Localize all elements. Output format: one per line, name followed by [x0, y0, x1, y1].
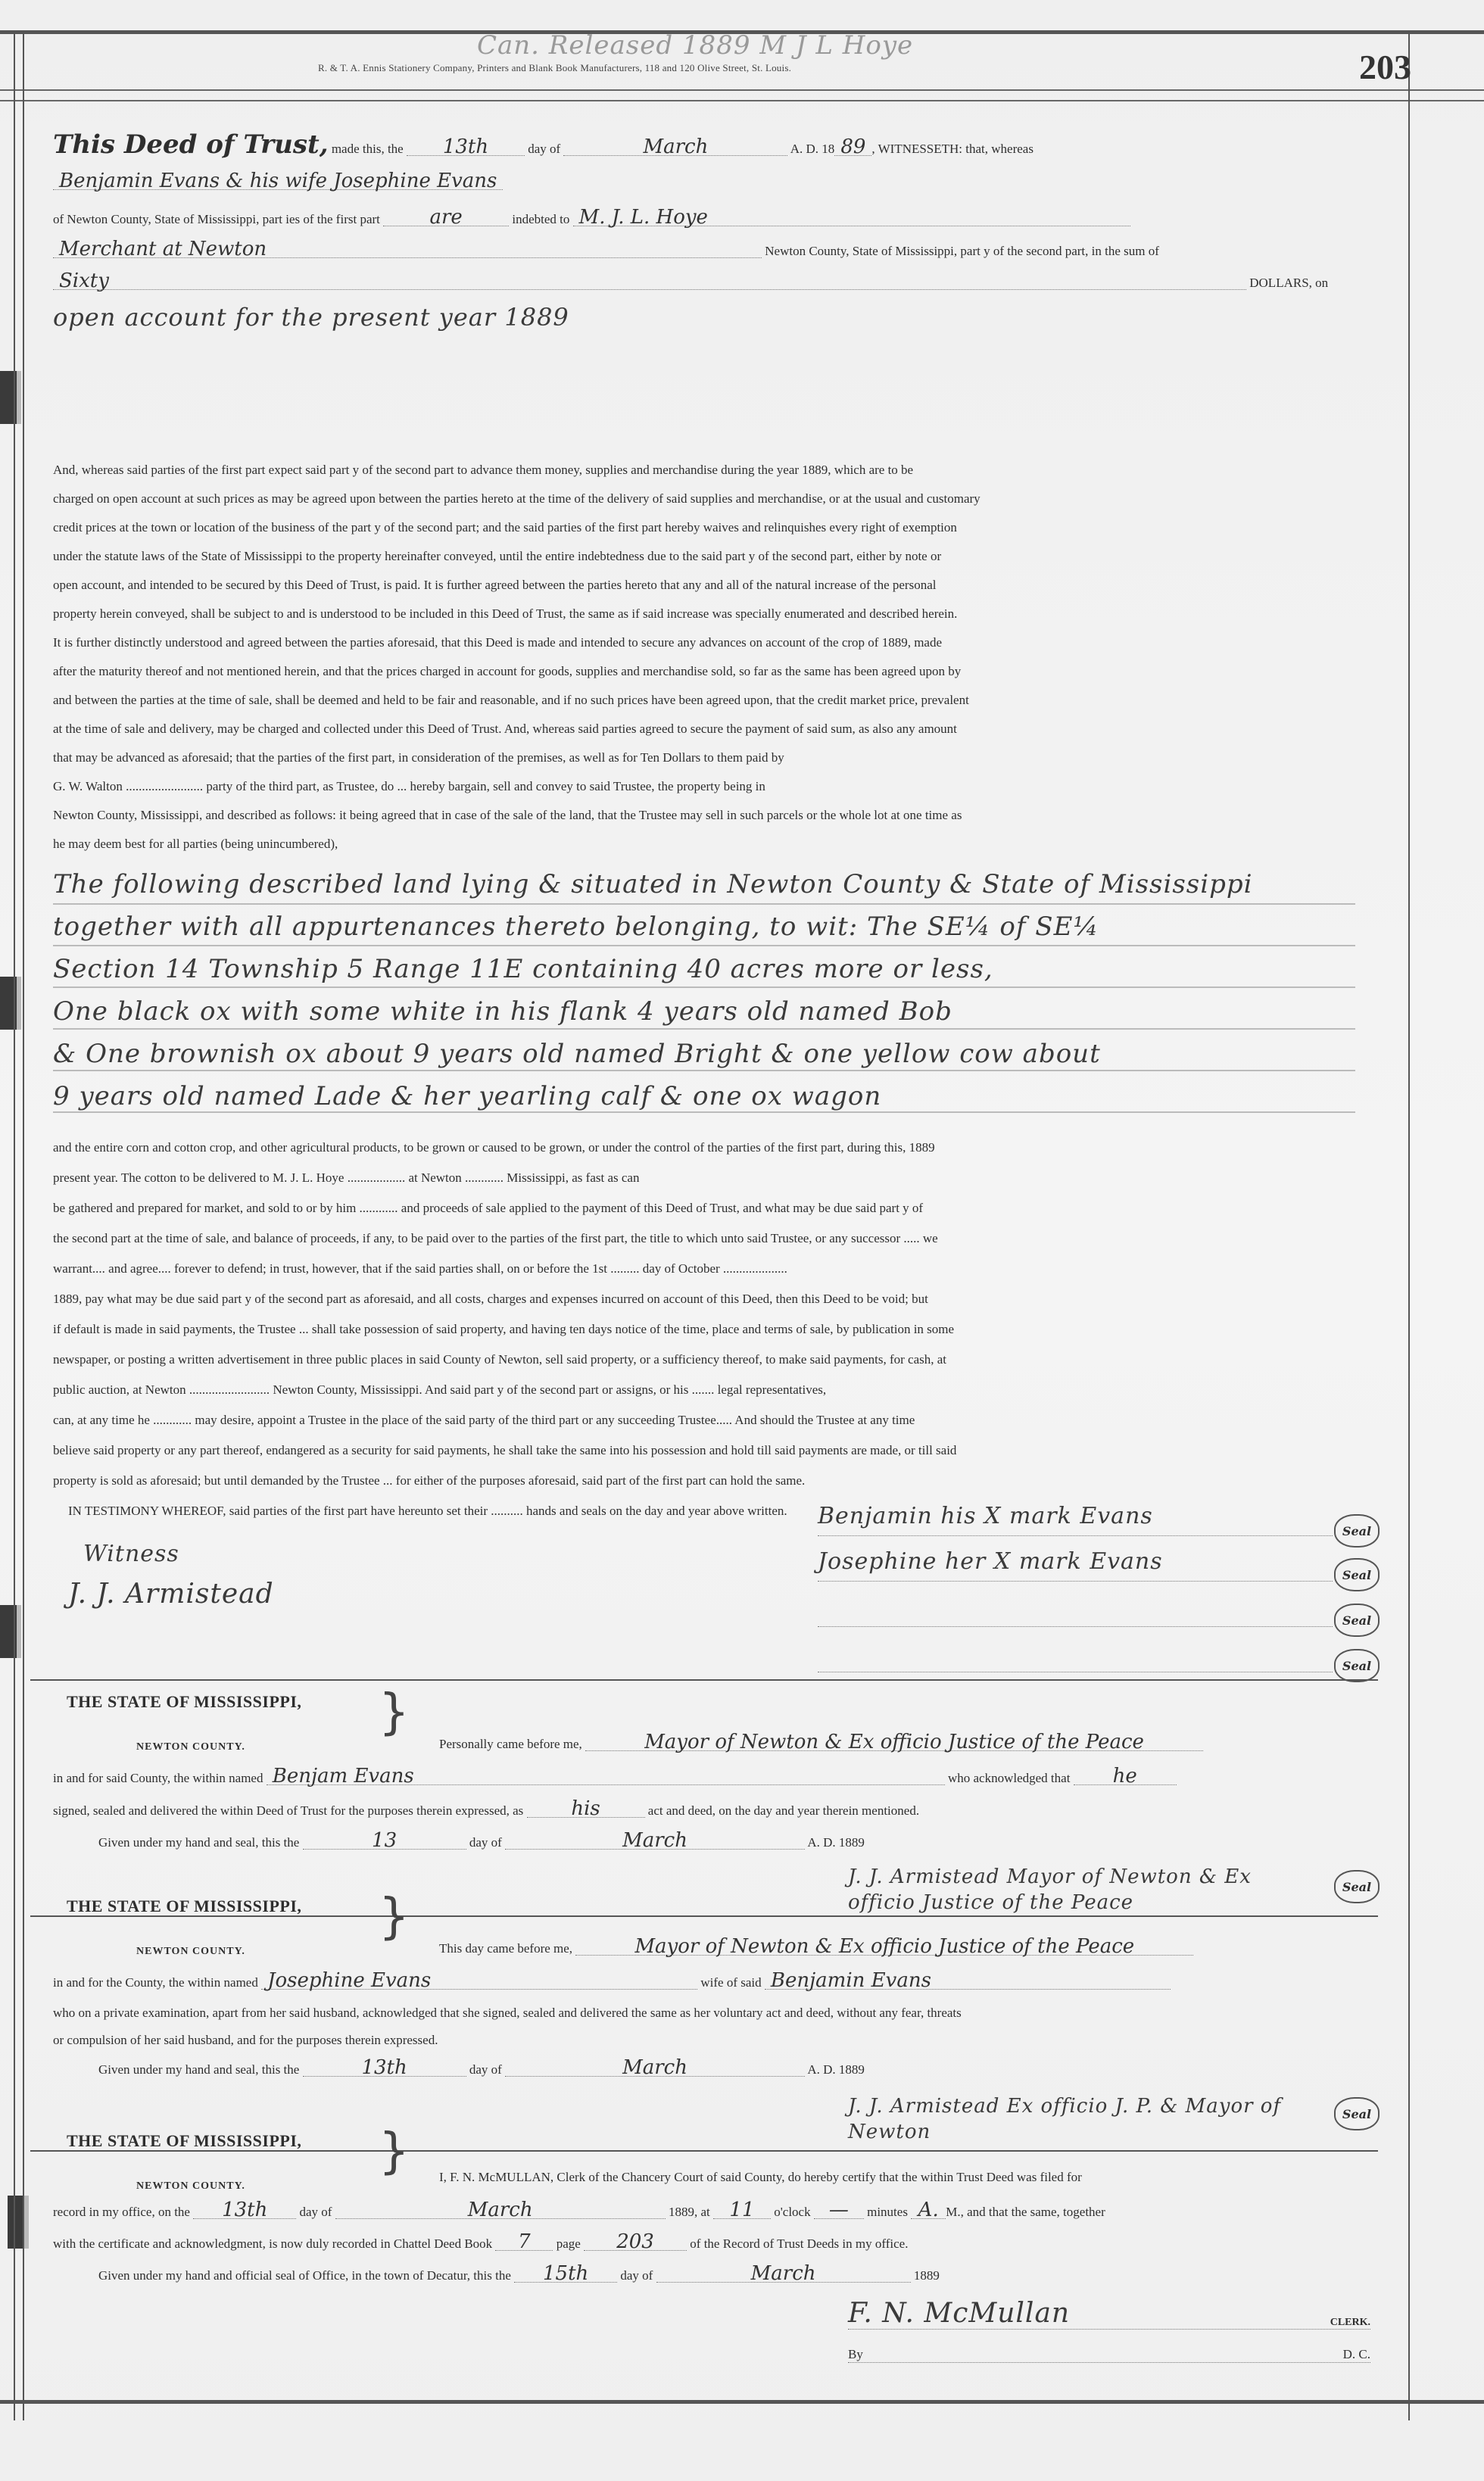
deed-opening-line: This Deed of Trust, made this, the 13th … — [53, 136, 1370, 157]
label: Given under my hand and seal, this the — [98, 1835, 299, 1850]
header-rule — [0, 89, 1484, 91]
ack1-line: in and for said County, the within named… — [53, 1768, 1370, 1787]
clause-line: if default is made in said payments, the… — [53, 1321, 1370, 1338]
boilerplate-line: G. W. Walton ........................ pa… — [53, 778, 1370, 795]
boilerplate-line: open account, and intended to be secured… — [53, 577, 1370, 594]
ack2-signature: J. J. Armistead Ex officio J. P. & Mayor… — [848, 2093, 1317, 2145]
clerk-line: I, F. N. McMULLAN, Clerk of the Chancery… — [439, 2169, 1370, 2186]
property-line: & One brownish ox about 9 years old name… — [53, 1033, 1355, 1075]
section-divider — [30, 1679, 1378, 1681]
signature-line — [818, 1626, 1333, 1627]
boilerplate-line: It is further distinctly understood and … — [53, 634, 1370, 651]
label: A. D. 1889 — [807, 2062, 865, 2077]
label: made this, the — [332, 142, 404, 156]
deed-year: 89 — [834, 139, 871, 156]
clerk-line: record in my office, on the 13th day of … — [53, 2202, 1370, 2221]
property-line: 9 years old named Lade & her yearling ca… — [53, 1075, 1355, 1117]
recorded-day: 15th — [514, 2265, 617, 2283]
label: day of — [620, 2268, 653, 2283]
seal-icon: Seal — [1334, 1870, 1380, 1903]
by-label: By — [848, 2347, 863, 2362]
testimony-line: IN TESTIMONY WHEREOF, said parties of th… — [68, 1503, 1386, 1519]
bottom-border-rule — [0, 2400, 1484, 2404]
left-margin-line — [23, 30, 24, 2420]
boilerplate-line: and between the parties at the time of s… — [53, 692, 1370, 709]
account-description: open account for the present year 1889 — [53, 303, 569, 332]
label: o'clock — [774, 2205, 810, 2219]
ack1-pronoun: he — [1074, 1768, 1177, 1785]
clause-line: can, at any time he ............ may des… — [53, 1412, 1370, 1429]
clause-line: the second part at the time of sale, and… — [53, 1230, 1370, 1247]
clerk-signature: F. N. McMullan — [848, 2298, 1070, 2329]
label: A. D. 18 — [790, 142, 835, 156]
seal-icon: Seal — [1334, 1604, 1380, 1637]
ack1-line: Given under my hand and seal, this the 1… — [98, 1832, 1416, 1851]
boilerplate-line: under the statute laws of the State of M… — [53, 548, 1370, 565]
creditor: M. J. L. Hoye — [573, 209, 1130, 226]
boilerplate-line: after the maturity thereof and not menti… — [53, 663, 1370, 680]
label: in and for said County, the within named — [53, 1771, 263, 1785]
label: M., and that the same, together — [946, 2205, 1105, 2219]
ack1-county: NEWTON COUNTY. — [136, 1741, 245, 1753]
signer-signature: Benjamin his X mark Evans — [818, 1503, 1153, 1529]
deed-page: Can. Released 1889 M J L Hoye R. & T. A.… — [0, 0, 1484, 2481]
filed-ampm: A. — [911, 2202, 946, 2219]
label: , WITNESSETH: that, whereas — [871, 142, 1033, 156]
clause-line: believe said property or any part thereo… — [53, 1442, 1370, 1459]
clerk-line: with the certificate and acknowledgment,… — [53, 2233, 1370, 2252]
label: Given under my hand and official seal of… — [98, 2268, 511, 2283]
page-tab-marker — [8, 2196, 29, 2249]
label: page — [556, 2236, 581, 2251]
ack1-signature: J. J. Armistead Mayor of Newton & Ex off… — [848, 1864, 1317, 1915]
clerk-county: NEWTON COUNTY. — [136, 2180, 245, 2193]
ack2-day: 13th — [303, 2059, 466, 2077]
signature-line — [818, 1672, 1333, 1672]
boilerplate-line: that may be advanced as aforesaid; that … — [53, 750, 1370, 766]
clerk-state-heading: THE STATE OF MISSISSIPPI, — [67, 2131, 301, 2151]
label: indebted to — [512, 212, 569, 226]
ack1-day: 13 — [303, 1832, 466, 1850]
clerk-line: Given under my hand and official seal of… — [98, 2265, 1416, 2284]
recorded-month: March — [656, 2265, 911, 2283]
ack2-named: Josephine Evans — [261, 1972, 697, 1990]
label: 1889 — [914, 2268, 940, 2283]
ack1-his: his — [527, 1800, 645, 1818]
label: minutes — [867, 2205, 908, 2219]
ack2-officer: Mayor of Newton & Ex officio Justice of … — [575, 1938, 1193, 1956]
seal-icon: Seal — [1334, 1514, 1380, 1548]
brace-icon: } — [379, 1685, 410, 1741]
ack2-state-heading: THE STATE OF MISSISSIPPI, — [67, 1897, 301, 1916]
label: signed, sealed and delivered the within … — [53, 1803, 523, 1818]
ack1-month: March — [505, 1832, 805, 1850]
boilerplate-line: property herein conveyed, shall be subje… — [53, 606, 1370, 622]
witness-signature: J. J. Armistead — [68, 1579, 274, 1610]
label: act and deed, on the day and year therei… — [648, 1803, 919, 1818]
property-line: Section 14 Township 5 Range 11E containi… — [53, 948, 1355, 990]
seal-icon: Seal — [1334, 1558, 1380, 1591]
label: of the Record of Trust Deeds in my offic… — [690, 2236, 908, 2251]
sum-line: Sixty DOLLARS, on — [53, 273, 1370, 291]
signature-line — [818, 1581, 1333, 1582]
ack1-named: Benjam Evans — [267, 1768, 945, 1785]
ack1-state-heading: THE STATE OF MISSISSIPPI, — [67, 1692, 301, 1712]
grantors-line: Benjamin Evans & his wife Josephine Evan… — [53, 173, 1370, 192]
clerk-label: CLERK. — [1330, 2317, 1370, 2329]
printer-imprint: R. & T. A. Ennis Stationery Company, Pri… — [318, 62, 791, 74]
clause-line: public auction, at Newton ..............… — [53, 1382, 1370, 1398]
clause-line: present year. The cotton to be delivered… — [53, 1170, 1370, 1186]
label: day of — [299, 2205, 332, 2219]
ack2-husband: Benjamin Evans — [765, 1972, 1171, 1990]
creditor-description: Merchant at Newton — [53, 241, 762, 258]
page-number: 203 — [1359, 47, 1411, 87]
boilerplate-line: Newton County, Mississippi, and describe… — [53, 807, 1370, 824]
sum-amount: Sixty — [53, 273, 1246, 290]
are-field: are — [383, 209, 509, 226]
boilerplate-line: charged on open account at such prices a… — [53, 491, 1370, 507]
label: Given under my hand and seal, this the — [98, 2062, 299, 2077]
boilerplate-line: at the time of sale and delivery, may be… — [53, 721, 1370, 737]
dc-label: D. C. — [1343, 2347, 1370, 2362]
clause-line: warrant.... and agree.... forever to def… — [53, 1261, 1370, 1277]
filed-day: 13th — [193, 2202, 296, 2219]
filed-minutes: — — [814, 2202, 864, 2219]
label: Personally came before me, — [439, 1737, 582, 1751]
deputy-clerk-row: By D. C. — [848, 2347, 1370, 2363]
label: wife of said — [700, 1975, 761, 1990]
ack1-officer: Mayor of Newton & Ex officio Justice of … — [585, 1734, 1203, 1751]
signer-signature: Josephine her X mark Evans — [818, 1548, 1163, 1575]
ack2-line: who on a private examination, apart from… — [53, 2005, 1370, 2021]
boilerplate-line: he may deem best for all parties (being … — [53, 836, 1370, 852]
clause-line: property is sold as aforesaid; but until… — [53, 1473, 1370, 1489]
label: of Newton County, State of Mississippi, … — [53, 212, 380, 226]
boilerplate-line: credit prices at the town or location of… — [53, 519, 1370, 536]
label: record in my office, on the — [53, 2205, 190, 2219]
deed-book: 7 — [495, 2233, 553, 2251]
indebted-line: of Newton County, State of Mississippi, … — [53, 209, 1370, 228]
clause-line: be gathered and prepared for market, and… — [53, 1200, 1370, 1217]
label: DOLLARS, on — [1249, 276, 1328, 290]
deed-day: 13th — [407, 139, 525, 156]
margin-annotation: Can. Released 1889 M J L Hoye — [477, 30, 913, 61]
brace-icon: } — [379, 1889, 410, 1945]
left-margin-line — [14, 30, 15, 2420]
deed-month: March — [563, 139, 787, 156]
property-description: The following described land lying & sit… — [53, 863, 1355, 1121]
label: This day came before me, — [439, 1941, 572, 1956]
label: who acknowledged that — [948, 1771, 1070, 1785]
property-line: One black ox with some white in his flan… — [53, 990, 1355, 1033]
ack1-line: signed, sealed and delivered the within … — [53, 1800, 1370, 1819]
label: with the certificate and acknowledgment,… — [53, 2236, 492, 2251]
boilerplate-line: And, whereas said parties of the first p… — [53, 462, 1370, 478]
ack2-county: NEWTON COUNTY. — [136, 1946, 245, 1958]
ack2-line: Given under my hand and seal, this the 1… — [98, 2059, 1416, 2078]
clerk-signature-row: F. N. McMullan CLERK. — [848, 2298, 1370, 2330]
deed-title: This Deed of Trust, — [53, 129, 329, 160]
page-tab-marker — [0, 1605, 21, 1658]
account-line: open account for the present year 1889 — [53, 309, 1370, 330]
filed-month: March — [335, 2202, 666, 2219]
header-rule — [0, 100, 1484, 101]
creditor-desc-line: Merchant at Newton Newton County, State … — [53, 241, 1370, 260]
witness-label: Witness — [83, 1541, 179, 1567]
filed-hour: 11 — [713, 2202, 771, 2219]
clause-line: newspaper, or posting a written advertis… — [53, 1351, 1370, 1368]
page-tab-marker — [0, 977, 21, 1030]
label: A. D. 1889 — [807, 1835, 865, 1850]
clause-line: 1889, pay what may be due said part y of… — [53, 1291, 1370, 1308]
grantors: Benjamin Evans & his wife Josephine Evan… — [53, 173, 503, 190]
label: day of — [469, 1835, 502, 1850]
brace-icon: } — [379, 2124, 410, 2180]
page-tab-marker — [0, 371, 21, 424]
ack2-month: March — [505, 2059, 805, 2077]
seal-icon: Seal — [1334, 1649, 1380, 1682]
clause-line: and the entire corn and cotton crop, and… — [53, 1139, 1370, 1156]
label: in and for the County, the within named — [53, 1975, 258, 1990]
property-line: together with all appurtenances thereto … — [53, 905, 1355, 948]
ack2-line: or compulsion of her said husband, and f… — [53, 2032, 1370, 2049]
ack2-line: in and for the County, the within named … — [53, 1972, 1370, 1991]
property-line: The following described land lying & sit… — [53, 863, 1355, 905]
ack1-line: Personally came before me, Mayor of Newt… — [439, 1734, 1370, 1753]
ack2-line: This day came before me, Mayor of Newton… — [439, 1938, 1370, 1957]
label: Newton County, State of Mississippi, par… — [765, 244, 1159, 258]
seal-icon: Seal — [1334, 2097, 1380, 2130]
signature-line — [818, 1535, 1333, 1536]
record-page: 203 — [584, 2233, 687, 2251]
label: 1889, at — [669, 2205, 710, 2219]
label: day of — [528, 142, 560, 156]
label: day of — [469, 2062, 502, 2077]
